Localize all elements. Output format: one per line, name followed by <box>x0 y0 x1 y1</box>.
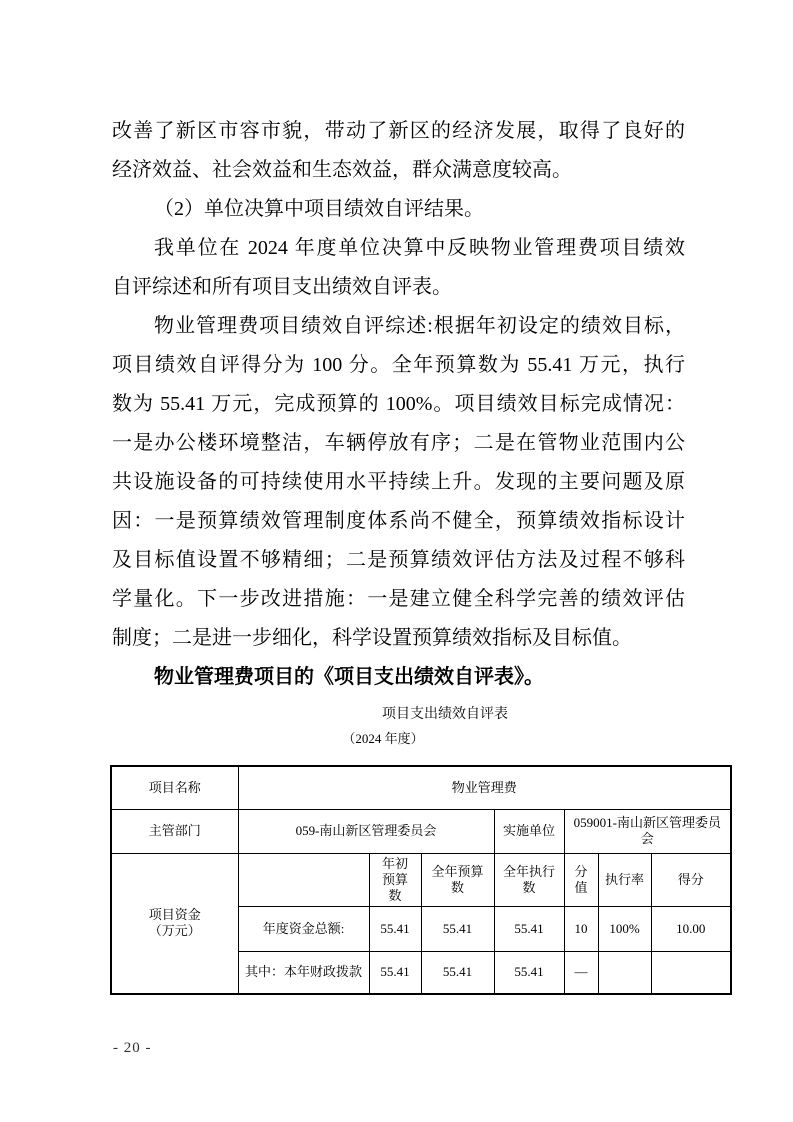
text-line: 及目标值设置不够精细；二是预算绩效评估方法及过程不够科 <box>112 541 685 580</box>
cell-header-weight: 分 值 <box>564 853 598 906</box>
cell-total-exec-rate: 100% <box>598 906 651 951</box>
text-line: （2）单位决算中项目绩效自评结果。 <box>112 190 685 229</box>
cell-fiscal-exec-rate <box>598 951 651 994</box>
text-line: 制度；二是进一步细化，科学设置预算绩效指标及目标值。 <box>112 619 685 658</box>
cell-funds-label: 项目资金 （万元） <box>111 853 238 994</box>
cell-total-year-budget: 55.41 <box>421 906 494 951</box>
cell-unit-value: 059001-南山新区管理委员 会 <box>564 809 731 853</box>
cell-fiscal-weight: — <box>564 951 598 994</box>
table-title-text: 项目支出绩效自评表 <box>382 707 508 722</box>
text-line: 物业管理费项目绩效自评综述:根据年初设定的绩效目标， <box>112 307 685 346</box>
paragraph-5: 物业管理费项目的《项目支出绩效自评表》。 <box>112 658 685 697</box>
cell-department-label: 主管部门 <box>111 809 238 853</box>
cell-total-year-exec: 55.41 <box>494 906 564 951</box>
table-title: 项目支出绩效自评表 <box>110 703 730 727</box>
paragraph-4: 物业管理费项目绩效自评综述:根据年初设定的绩效目标， 项目绩效自评得分为 100… <box>112 307 685 658</box>
cell-total-weight: 10 <box>564 906 598 951</box>
cell-fiscal-year-exec: 55.41 <box>494 951 564 994</box>
text-line: 因：一是预算绩效管理制度体系尚不健全，预算绩效指标设计 <box>112 502 685 541</box>
text-line: 改善了新区市容市貌，带动了新区的经济发展，取得了良好的 <box>112 112 685 151</box>
table-subtitle-text: （2024 年度） <box>342 731 423 746</box>
cell-fiscal-label: 其中：本年财政拨款 <box>238 951 369 994</box>
cell-header-score: 得分 <box>651 853 731 906</box>
cell-header-begin-budget: 年初 预算 数 <box>369 853 421 906</box>
text-line: 一是办公楼环境整洁，车辆停放有序；二是在管物业范围内公 <box>112 424 685 463</box>
text-line: 数为 55.41 万元，完成预算的 100%。项目绩效目标完成情况： <box>112 385 685 424</box>
text-line: 学量化。下一步改进措施：一是建立健全科学完善的绩效评估 <box>112 580 685 619</box>
paragraph-2: （2）单位决算中项目绩效自评结果。 <box>112 190 685 229</box>
paragraph-1: 改善了新区市容市貌，带动了新区的经济发展，取得了良好的 经济效益、社会效益和生态… <box>112 112 685 190</box>
cell-fiscal-year-budget: 55.41 <box>421 951 494 994</box>
paragraph-3: 我单位在 2024 年度单位决算中反映物业管理费项目绩效 自评综述和所有项目支出… <box>112 229 685 307</box>
row-funds-header: 项目资金 （万元） 年初 预算 数 全年预算 数 全年执行 数 分 值 执行率 … <box>111 853 731 906</box>
cell-fiscal-begin-budget: 55.41 <box>369 951 421 994</box>
cell-header-exec-rate: 执行率 <box>598 853 651 906</box>
text-line: 物业管理费项目的《项目支出绩效自评表》。 <box>112 658 685 697</box>
cell-empty <box>238 853 369 906</box>
document-page: 改善了新区市容市貌，带动了新区的经济发展，取得了良好的 经济效益、社会效益和生态… <box>0 0 793 1122</box>
cell-total-label: 年度资金总额: <box>238 906 369 951</box>
self-evaluation-table: 项目名称 物业管理费 主管部门 059-南山新区管理委员会 实施单位 05900… <box>110 765 732 995</box>
cell-department-value: 059-南山新区管理委员会 <box>238 809 494 853</box>
text-line: 我单位在 2024 年度单位决算中反映物业管理费项目绩效 <box>112 229 685 268</box>
cell-fiscal-score <box>651 951 731 994</box>
text-line: 经济效益、社会效益和生态效益，群众满意度较高。 <box>112 151 685 190</box>
cell-project-name-label: 项目名称 <box>111 766 238 809</box>
cell-project-name-value: 物业管理费 <box>238 766 731 809</box>
cell-header-year-exec: 全年执行 数 <box>494 853 564 906</box>
page-number: - 20 - <box>113 1038 152 1058</box>
text-line: 项目绩效自评得分为 100 分。全年预算数为 55.41 万元，执行 <box>112 346 685 385</box>
row-project-name: 项目名称 物业管理费 <box>111 766 731 809</box>
table-subtitle: （2024 年度） <box>110 727 730 751</box>
text-line: 共设施设备的可持续使用水平持续上升。发现的主要问题及原 <box>112 463 685 502</box>
cell-total-score: 10.00 <box>651 906 731 951</box>
cell-unit-label: 实施单位 <box>494 809 564 853</box>
row-department: 主管部门 059-南山新区管理委员会 实施单位 059001-南山新区管理委员 … <box>111 809 731 853</box>
body-text: 改善了新区市容市貌，带动了新区的经济发展，取得了良好的 经济效益、社会效益和生态… <box>112 0 685 697</box>
cell-total-begin-budget: 55.41 <box>369 906 421 951</box>
text-line: 自评综述和所有项目支出绩效自评表。 <box>112 268 685 307</box>
cell-header-year-budget: 全年预算 数 <box>421 853 494 906</box>
